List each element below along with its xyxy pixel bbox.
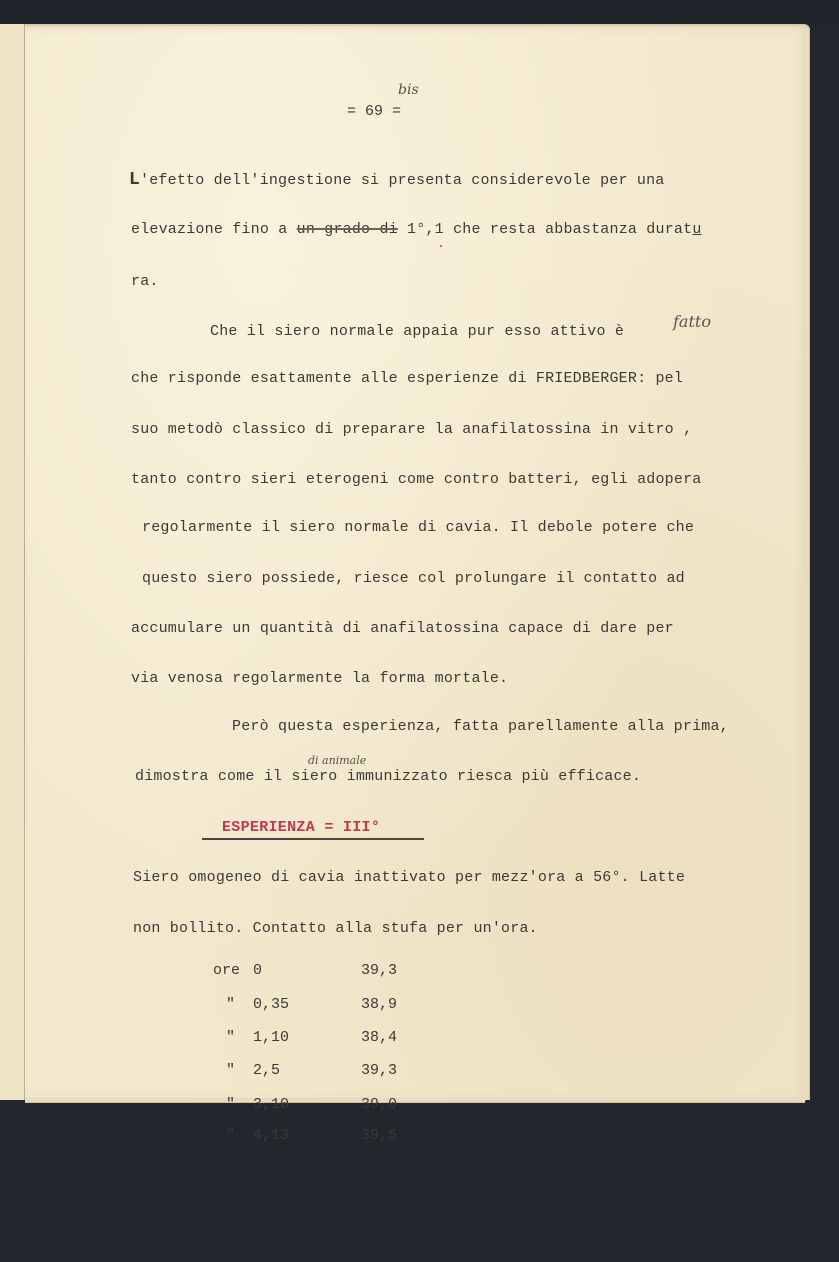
page-number-annotation: bis (398, 82, 419, 98)
row-temp: 39,3 (361, 962, 397, 979)
row-prefix: " (226, 1096, 235, 1113)
row-prefix: ore (213, 962, 240, 979)
section-heading: ESPERIENZA = III° (222, 819, 380, 836)
row-prefix: " (226, 996, 235, 1013)
section-line-2: non bollito. Contatto alla stufa per un'… (133, 920, 538, 937)
handwritten-annotation-di-animale: di animale (308, 754, 366, 767)
paragraph-2-line-5: regolarmente il siero normale di cavia. … (142, 519, 694, 536)
paragraph-2-line-1: Che il siero normale appaia pur esso att… (210, 323, 624, 340)
page-stack-edge (803, 30, 810, 1100)
paragraph-2-line-7: accumulare un quantità di anafilatossina… (131, 620, 674, 637)
row-temp: 38,4 (361, 1029, 397, 1046)
row-temp: 39,3 (361, 1062, 397, 1079)
paragraph-1-line-2: elevazione fino a un grado di 1°,1 che r… (131, 221, 702, 238)
row-time: 0,35 (253, 996, 289, 1013)
row-temp: 38,9 (361, 996, 397, 1013)
row-time: 4,13 (253, 1127, 289, 1144)
row-time: 1,10 (253, 1029, 289, 1046)
paragraph-2-line-8: via venosa regolarmente la forma mortale… (131, 670, 508, 687)
struck-text: un grado di (297, 221, 398, 238)
heading-underline (202, 838, 424, 840)
paragraph-1-line-3: ra. (131, 273, 159, 290)
row-prefix: " (226, 1062, 235, 1079)
text: dimostra come il siero (135, 768, 337, 785)
row-prefix: " (226, 1029, 235, 1046)
paragraph-2-line-2: che risponde esattamente alle esperienze… (131, 370, 683, 387)
paragraph-2-line-3: suo metodò classico di preparare la anaf… (131, 421, 692, 438)
section-line-1: Siero omogeneo di cavia inattivato per m… (133, 869, 685, 886)
row-prefix: " (226, 1127, 235, 1144)
text: immunizzato riesca più efficace. (337, 768, 641, 785)
underlined-text: u (692, 221, 701, 238)
paragraph-3-line-2: dimostra come il siero immunizzato riesc… (135, 768, 641, 785)
page-bottom-edge (25, 1098, 805, 1103)
facing-page-edge (0, 24, 25, 1100)
red-ink-mark (440, 245, 442, 247)
row-temp: 39,5 (361, 1127, 397, 1144)
row-time: 3,10 (253, 1096, 289, 1113)
drop-initial: L (129, 170, 140, 190)
row-time: 2,5 (253, 1062, 280, 1079)
scanner-backdrop (0, 0, 839, 24)
text: 1°,1 che resta abbastanza durat (398, 221, 692, 238)
paragraph-2-line-6: questo siero possiede, riesce col prolun… (142, 570, 685, 587)
paragraph-1-line-1: L'efetto dell'ingestione si presenta con… (129, 170, 665, 190)
page-number: = 69 = (347, 103, 401, 120)
paragraph-3-line-1: Però questa esperienza, fatta parellamen… (232, 718, 729, 735)
row-temp: 39,0 (361, 1096, 397, 1113)
text: 'efetto dell'ingestione si presenta cons… (140, 172, 664, 189)
row-time: 0 (253, 962, 262, 979)
handwritten-annotation-fatto: fatto (673, 312, 711, 331)
paragraph-2-line-4: tanto contro sieri eterogeni come contro… (131, 471, 702, 488)
text: elevazione fino a (131, 221, 297, 238)
